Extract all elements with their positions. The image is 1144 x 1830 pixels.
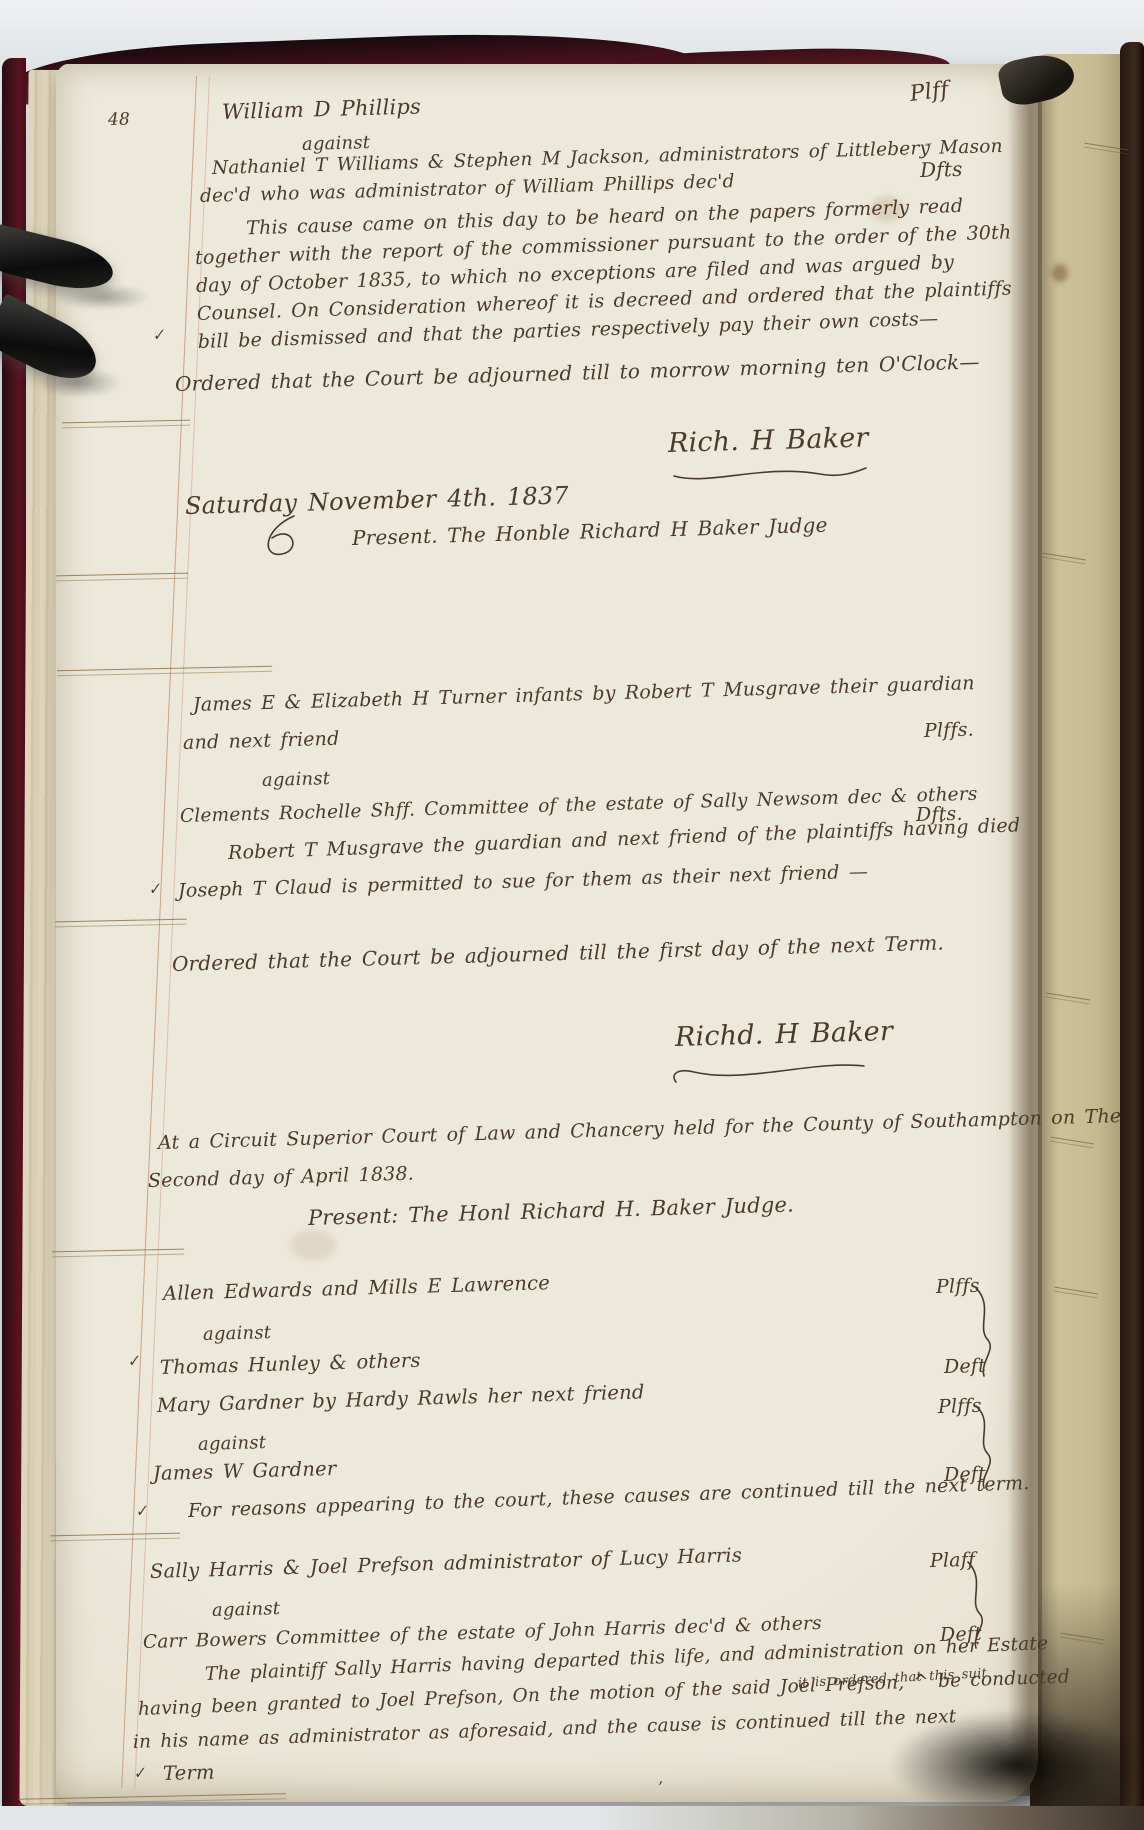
margin-checkmark: ✓ xyxy=(134,1501,150,1521)
margin-checkmark: ✓ xyxy=(151,325,167,345)
plaintiff-corner-label: Plff xyxy=(908,77,950,107)
case4-against: against xyxy=(212,1598,281,1621)
page-block-fore-edge xyxy=(1030,54,1126,1830)
table-surface xyxy=(0,1806,1144,1830)
case1-against: against xyxy=(302,132,371,155)
case4-term: Term xyxy=(163,1761,215,1785)
ring-shadow xyxy=(58,284,150,310)
stray-pen-mark: ’ xyxy=(658,1778,664,1797)
case1-ditto-marks: ‴ xyxy=(925,142,932,157)
case1-defendant-label: Dfts xyxy=(920,157,963,182)
date-flourish xyxy=(250,512,320,564)
margin-checkmark: ✓ xyxy=(126,1351,142,1371)
signature-flourish xyxy=(664,1058,874,1088)
book-cover-right-edge xyxy=(1120,42,1144,1830)
signature-flourish xyxy=(670,462,870,488)
case3-defendant1-label: Deft xyxy=(944,1355,987,1378)
case3-against1: against xyxy=(203,1322,272,1345)
ledger-photo: 48 Plff William D Phillips against Natha… xyxy=(0,0,1144,1830)
margin-checkmark: ✓ xyxy=(147,879,163,899)
ring-shadow xyxy=(38,368,122,398)
case1-decree-text: This cause came on this day to be heard … xyxy=(194,190,1036,356)
margin-checkmark: ✓ xyxy=(132,1763,148,1783)
case3-against2: against xyxy=(198,1432,267,1455)
fore-edge-spot xyxy=(1052,264,1068,282)
judge-signature-1: Rich. H Baker xyxy=(668,422,869,459)
page-number: 48 xyxy=(108,109,131,130)
paper-stain xyxy=(290,1230,336,1260)
case2-against: against xyxy=(262,768,331,791)
case2-plaintiff-label: Plffs. xyxy=(924,719,975,742)
case2-plaintiffs-line2: and next friend xyxy=(183,728,340,754)
corner-shadow xyxy=(890,1710,1140,1820)
judge-signature-2: Richd. H Baker xyxy=(675,1016,894,1053)
